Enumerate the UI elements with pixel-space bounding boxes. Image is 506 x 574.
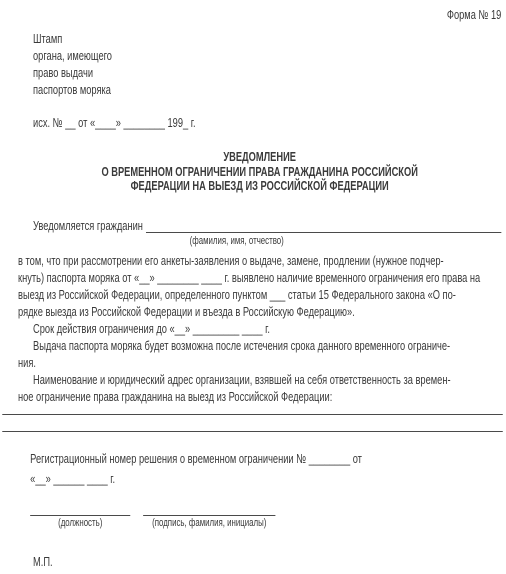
paragraph-term: Срок действия ограничения до «__» ______… <box>18 320 501 337</box>
outgoing-ref-line: исх. № __ от «____» ________ 199_ г. <box>18 114 501 131</box>
signature-field: (подпись, фамилия, инициалы) <box>143 515 275 530</box>
document-content: Форма № 19 Штамп органа, имеющего право … <box>18 0 501 569</box>
citizen-name-blank <box>146 218 502 233</box>
paragraph-registration: Регистрационный номер решения о временно… <box>18 449 501 489</box>
fio-caption: (фамилия, имя, отчество) <box>18 235 501 248</box>
document-title: УВЕДОМЛЕНИЕ О ВРЕМЕННОМ ОГРАНИЧЕНИИ ПРАВ… <box>18 150 501 194</box>
signature-caption: (подпись, фамилия, инициалы) <box>143 516 275 530</box>
position-field: (должность) <box>30 515 130 530</box>
org-address-blank-line-2 <box>2 431 503 432</box>
notify-line: Уведомляется гражданин <box>18 218 501 233</box>
stamp-block: Штамп органа, имеющего право выдачи пасп… <box>18 30 501 98</box>
form-number: Форма № 19 <box>18 0 501 22</box>
notify-label: Уведомляется гражданин <box>33 218 146 233</box>
org-address-blank-line-1 <box>2 414 503 415</box>
paragraph-main: в том, что при рассмотрении его анкеты-з… <box>18 252 501 320</box>
signature-block: (должность) (подпись, фамилия, инициалы) <box>18 515 501 530</box>
paragraph-issue: Выдача паспорта моряка будет возможна по… <box>18 337 501 371</box>
document-page: Форма № 19 Штамп органа, имеющего право … <box>0 0 506 574</box>
position-caption: (должность) <box>30 516 130 530</box>
seal-mark: М.П. <box>18 554 501 569</box>
paragraph-org: Наименование и юридический адрес организ… <box>18 371 501 405</box>
